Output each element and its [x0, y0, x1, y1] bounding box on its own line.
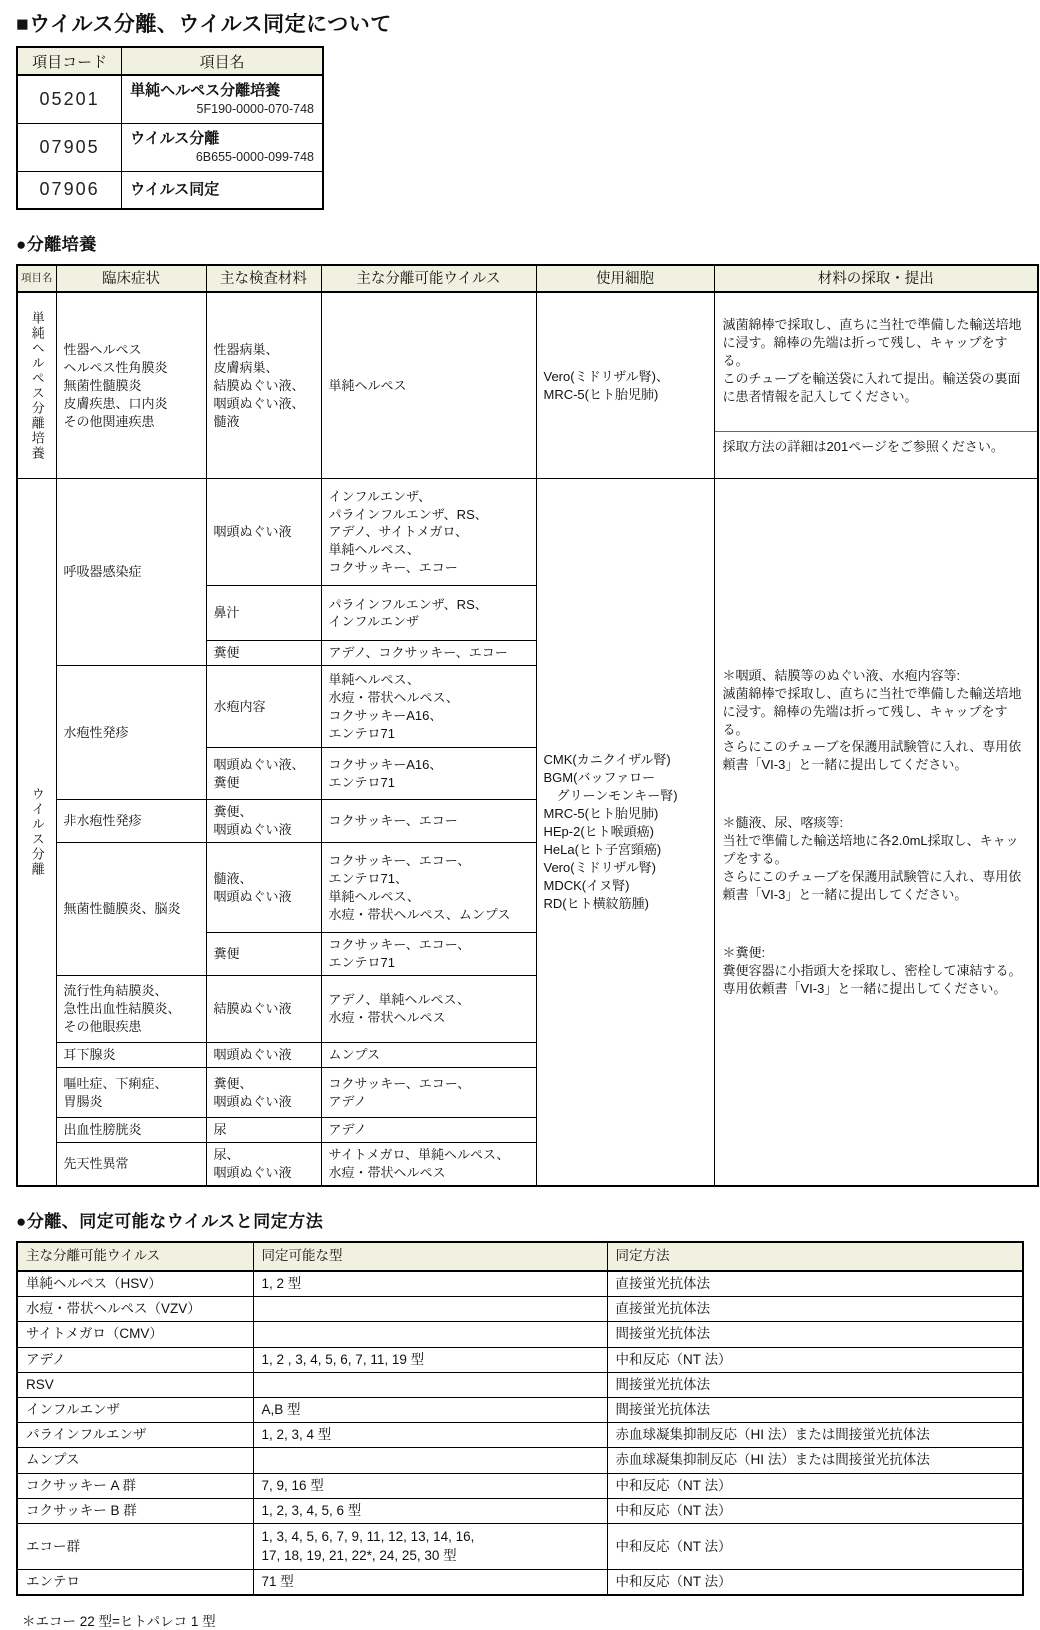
table-row: ウイルス分離 呼吸器感染症 咽頭ぬぐい液 インフルエンザ、 パラインフルエンザ、…	[17, 479, 1038, 586]
identifiable-types-cell: A,B 型	[253, 1398, 607, 1423]
group-label-herpes-culture: 単純ヘルペス分離培養	[17, 292, 56, 479]
isolatable-virus-cell: コクサッキーA16、 エンテロ71	[321, 748, 536, 800]
table-row: エコー群 1, 3, 4, 5, 6, 7, 9, 11, 12, 13, 14…	[17, 1524, 1023, 1570]
identification-method-cell: 中和反応（NT 法）	[607, 1347, 1023, 1372]
isolatable-virus-cell: アデノ、コクサッキー、エコー	[321, 641, 536, 666]
group-label-virus-isolation: ウイルス分離	[17, 479, 56, 1186]
isolatable-virus-cell: コクサッキー、エコー	[321, 800, 536, 843]
submission-fluid-note: ＊髄液、尿、喀痰等: 当社で準備した輸送培地に各2.0mL採取し、キャップをする…	[715, 809, 1038, 909]
isolatable-virus-cell: サイトメガロ、単純ヘルペス、 水痘・帯状ヘルペス	[321, 1143, 536, 1186]
test-material-cell: 糞便	[206, 933, 321, 976]
used-cells-cell: CMK(カニクイザル腎) BGM(バッファロー グリーンモンキー腎) MRC-5…	[536, 479, 714, 1186]
item-subcode-value: 5F190-0000-070-748	[130, 102, 314, 116]
isolation-header-row: 項目名 臨床症状 主な検査材料 主な分離可能ウイルス 使用細胞 材料の採取・提出	[17, 265, 1038, 292]
item-code-value: 05201	[17, 75, 122, 123]
identifiable-types-cell	[253, 1297, 607, 1322]
used-cells-cell: Vero(ミドリザル腎)、 MRC-5(ヒト胎児肺)	[536, 292, 714, 479]
clinical-symptom-cell: 無菌性髄膜炎、脳炎	[56, 843, 206, 976]
item-code-header: 項目コード	[17, 47, 122, 75]
clinical-symptom-cell: 流行性角結膜炎、 急性出血性結膜炎、 その他眼疾患	[56, 976, 206, 1043]
item-name-cell: ウイルス同定	[122, 171, 323, 209]
table-row: パラインフルエンザ 1, 2, 3, 4 型 赤血球凝集抑制反応（HI 法）また…	[17, 1423, 1023, 1448]
isolatable-virus-cell: コクサッキー、エコー、 エンテロ71	[321, 933, 536, 976]
submission-stool-note: ＊糞便: 糞便容器に小指頭大を採取し、密栓して凍結する。 専用依頼書「VI-3」…	[715, 939, 1038, 1003]
test-material-cell: 性器病巣、 皮膚病巣、 結膜ぬぐい液、 咽頭ぬぐい液、 髄液	[206, 292, 321, 479]
item-row: 05201 単純ヘルペス分離培養 5F190-0000-070-748	[17, 75, 323, 123]
isolatable-virus-cell: ムンプス	[321, 1043, 536, 1068]
clinical-symptom-cell: 非水疱性発疹	[56, 800, 206, 843]
virus-name-cell: RSV	[17, 1372, 253, 1397]
item-row: 07906 ウイルス同定	[17, 171, 323, 209]
identification-table: 主な分離可能ウイルス 同定可能な型 同定方法 単純ヘルペス（HSV） 1, 2 …	[16, 1241, 1024, 1596]
table-row: エンテロ 71 型 中和反応（NT 法）	[17, 1570, 1023, 1596]
identification-method-cell: 中和反応（NT 法）	[607, 1524, 1023, 1570]
identification-method-cell: 中和反応（NT 法）	[607, 1570, 1023, 1596]
virus-name-cell: パラインフルエンザ	[17, 1423, 253, 1448]
test-material-cell: 鼻汁	[206, 586, 321, 641]
identifiable-types-cell	[253, 1322, 607, 1347]
submission-swab-note: ＊咽頭、結膜等のぬぐい液、水疱内容等: 滅菌綿棒で採取し、直ちに当社で準備した輸…	[715, 662, 1038, 780]
identification-method-cell: 赤血球凝集抑制反応（HI 法）または間接蛍光抗体法	[607, 1423, 1023, 1448]
table-row: 水痘・帯状ヘルペス（VZV） 直接蛍光抗体法	[17, 1297, 1023, 1322]
submission-reference-note: 採取方法の詳細は201ページをご参照ください。	[715, 431, 1038, 461]
isolatable-virus-cell: インフルエンザ、 パラインフルエンザ、RS、 アデノ、サイトメガロ、 単純ヘルペ…	[321, 479, 536, 586]
identifiable-types-cell: 1, 2 型	[253, 1271, 607, 1297]
virus-name-cell: エコー群	[17, 1524, 253, 1570]
table-row: アデノ 1, 2 , 3, 4, 5, 6, 7, 11, 19 型 中和反応（…	[17, 1347, 1023, 1372]
footnote: ＊エコー 22 型=ヒトパレコ 1 型	[16, 1610, 1040, 1630]
test-material-cell: 尿	[206, 1118, 321, 1143]
header-used-cells: 使用細胞	[536, 265, 714, 292]
test-material-cell: 尿、 咽頭ぬぐい液	[206, 1143, 321, 1186]
submission-cell: ＊咽頭、結膜等のぬぐい液、水疱内容等: 滅菌綿棒で採取し、直ちに当社で準備した輸…	[714, 479, 1038, 1186]
isolatable-virus-cell: コクサッキー、エコー、 アデノ	[321, 1068, 536, 1118]
test-material-cell: 咽頭ぬぐい液	[206, 479, 321, 586]
virus-name-cell: エンテロ	[17, 1570, 253, 1596]
virus-name-cell: 水痘・帯状ヘルペス（VZV）	[17, 1297, 253, 1322]
isolatable-virus-cell: 単純ヘルペス、 水痘・帯状ヘルペス、 コクサッキーA16、 エンテロ71	[321, 666, 536, 748]
isolatable-virus-cell: パラインフルエンザ、RS、 インフルエンザ	[321, 586, 536, 641]
identifiable-types-cell	[253, 1372, 607, 1397]
test-material-cell: 糞便、 咽頭ぬぐい液	[206, 1068, 321, 1118]
item-name-cell: 単純ヘルペス分離培養 5F190-0000-070-748	[122, 75, 323, 123]
isolatable-virus-cell: アデノ、単純ヘルペス、 水痘・帯状ヘルペス	[321, 976, 536, 1043]
test-material-cell: 髄液、 咽頭ぬぐい液	[206, 843, 321, 933]
table-row: ムンプス 赤血球凝集抑制反応（HI 法）または間接蛍光抗体法	[17, 1448, 1023, 1473]
identification-method-cell: 間接蛍光抗体法	[607, 1372, 1023, 1397]
virus-name-cell: ムンプス	[17, 1448, 253, 1473]
identification-method-cell: 赤血球凝集抑制反応（HI 法）または間接蛍光抗体法	[607, 1448, 1023, 1473]
identification-header-row: 主な分離可能ウイルス 同定可能な型 同定方法	[17, 1242, 1023, 1271]
identification-method-cell: 間接蛍光抗体法	[607, 1398, 1023, 1423]
item-table-header-row: 項目コード 項目名	[17, 47, 323, 75]
identifiable-types-cell	[253, 1448, 607, 1473]
item-row: 07905 ウイルス分離 6B655-0000-099-748	[17, 123, 323, 171]
header-identification-method: 同定方法	[607, 1242, 1023, 1271]
item-name-header: 項目名	[122, 47, 323, 75]
section-title-identification: ●分離、同定可能なウイルスと同定方法	[16, 1207, 1040, 1232]
clinical-symptom-cell: 性器ヘルペス ヘルペス性角膜炎 無菌性髄膜炎 皮膚疾患、口内炎 その他関連疾患	[56, 292, 206, 479]
table-row: 単純ヘルペス分離培養 性器ヘルペス ヘルペス性角膜炎 無菌性髄膜炎 皮膚疾患、口…	[17, 292, 1038, 479]
header-submission: 材料の採取・提出	[714, 265, 1038, 292]
virus-name-cell: サイトメガロ（CMV）	[17, 1322, 253, 1347]
test-material-cell: 糞便	[206, 641, 321, 666]
clinical-symptom-cell: 出血性膀胱炎	[56, 1118, 206, 1143]
isolatable-virus-cell: アデノ	[321, 1118, 536, 1143]
table-row: サイトメガロ（CMV） 間接蛍光抗体法	[17, 1322, 1023, 1347]
identification-method-cell: 直接蛍光抗体法	[607, 1271, 1023, 1297]
virus-name-cell: コクサッキー B 群	[17, 1498, 253, 1523]
isolatable-virus-cell: コクサッキー、エコー、 エンテロ71、 単純ヘルペス、 水痘・帯状ヘルペス、ムン…	[321, 843, 536, 933]
header-identifiable-types: 同定可能な型	[253, 1242, 607, 1271]
clinical-symptom-cell: 呼吸器感染症	[56, 479, 206, 666]
identifiable-types-cell: 1, 2, 3, 4 型	[253, 1423, 607, 1448]
table-row: インフルエンザ A,B 型 間接蛍光抗体法	[17, 1398, 1023, 1423]
test-material-cell: 糞便、 咽頭ぬぐい液	[206, 800, 321, 843]
identification-method-cell: 直接蛍光抗体法	[607, 1297, 1023, 1322]
identifiable-types-cell: 1, 3, 4, 5, 6, 7, 9, 11, 12, 13, 14, 16,…	[253, 1524, 607, 1570]
item-code-table: 項目コード 項目名 05201 単純ヘルペス分離培養 5F190-0000-07…	[16, 46, 324, 210]
table-row: コクサッキー A 群 7, 9, 16 型 中和反応（NT 法）	[17, 1473, 1023, 1498]
clinical-symptom-cell: 耳下腺炎	[56, 1043, 206, 1068]
item-code-value: 07905	[17, 123, 122, 171]
header-item-name: 項目名	[17, 265, 56, 292]
identifiable-types-cell: 7, 9, 16 型	[253, 1473, 607, 1498]
virus-name-cell: インフルエンザ	[17, 1398, 253, 1423]
submission-instructions: 滅菌綿棒で採取し、直ちに当社で準備した輸送培地に浸す。綿棒の先端は折って残し、キ…	[715, 311, 1038, 411]
header-virus-name: 主な分離可能ウイルス	[17, 1242, 253, 1271]
isolation-table: 項目名 臨床症状 主な検査材料 主な分離可能ウイルス 使用細胞 材料の採取・提出…	[16, 264, 1039, 1187]
item-name-value: ウイルス分離	[130, 130, 314, 148]
virus-name-cell: コクサッキー A 群	[17, 1473, 253, 1498]
item-name-value: 単純ヘルペス分離培養	[130, 82, 314, 100]
identifiable-types-cell: 1, 2 , 3, 4, 5, 6, 7, 11, 19 型	[253, 1347, 607, 1372]
identifiable-types-cell: 71 型	[253, 1570, 607, 1596]
clinical-symptom-cell: 嘔吐症、下痢症、 胃腸炎	[56, 1068, 206, 1118]
item-name-cell: ウイルス分離 6B655-0000-099-748	[122, 123, 323, 171]
page-title: ■ウイルス分離、ウイルス同定について	[16, 8, 1040, 38]
identifiable-types-cell: 1, 2, 3, 4, 5, 6 型	[253, 1498, 607, 1523]
isolatable-virus-cell: 単純ヘルペス	[321, 292, 536, 479]
virus-name-cell: 単純ヘルペス（HSV）	[17, 1271, 253, 1297]
document-page: ■ウイルス分離、ウイルス同定について 項目コード 項目名 05201 単純ヘルペ…	[0, 0, 1040, 1630]
test-material-cell: 咽頭ぬぐい液、 糞便	[206, 748, 321, 800]
clinical-symptom-cell: 先天性異常	[56, 1143, 206, 1186]
table-row: RSV 間接蛍光抗体法	[17, 1372, 1023, 1397]
test-material-cell: 水疱内容	[206, 666, 321, 748]
test-material-cell: 結膜ぬぐい液	[206, 976, 321, 1043]
test-material-cell: 咽頭ぬぐい液	[206, 1043, 321, 1068]
identification-method-cell: 中和反応（NT 法）	[607, 1473, 1023, 1498]
header-isolatable-virus: 主な分離可能ウイルス	[321, 265, 536, 292]
header-test-material: 主な検査材料	[206, 265, 321, 292]
item-name-value: ウイルス同定	[130, 181, 314, 199]
identification-method-cell: 中和反応（NT 法）	[607, 1498, 1023, 1523]
item-code-value: 07906	[17, 171, 122, 209]
clinical-symptom-cell: 水疱性発疹	[56, 666, 206, 800]
identification-method-cell: 間接蛍光抗体法	[607, 1322, 1023, 1347]
section-title-isolation: ●分離培養	[16, 230, 1040, 255]
header-clinical-symptom: 臨床症状	[56, 265, 206, 292]
submission-cell: 滅菌綿棒で採取し、直ちに当社で準備した輸送培地に浸す。綿棒の先端は折って残し、キ…	[714, 292, 1038, 479]
virus-name-cell: アデノ	[17, 1347, 253, 1372]
table-row: 単純ヘルペス（HSV） 1, 2 型 直接蛍光抗体法	[17, 1271, 1023, 1297]
table-row: コクサッキー B 群 1, 2, 3, 4, 5, 6 型 中和反応（NT 法）	[17, 1498, 1023, 1523]
item-subcode-value: 6B655-0000-099-748	[130, 150, 314, 164]
